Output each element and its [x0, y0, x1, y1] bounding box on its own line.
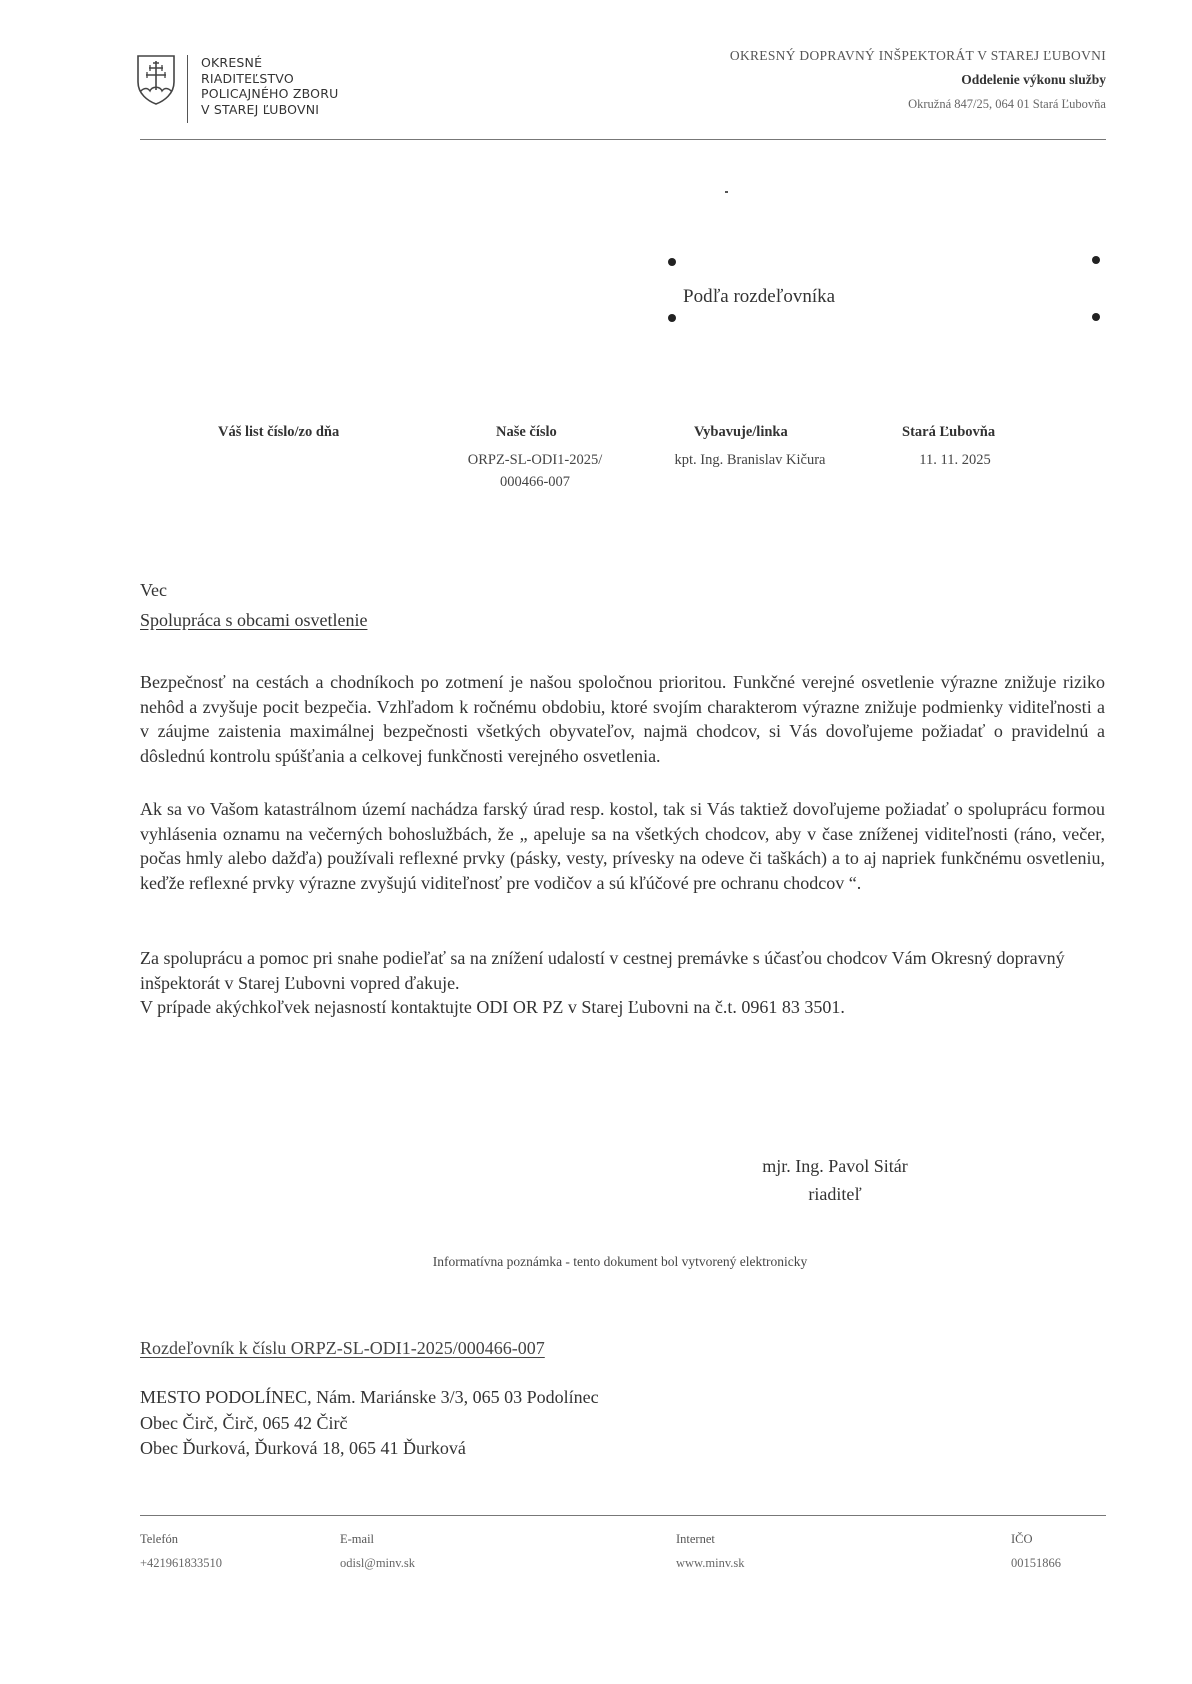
subject-text: Spolupráca s obcami osvetlenie [140, 610, 367, 631]
footer-phone: Telefón +421961833510 [140, 1527, 222, 1575]
body-paragraph: Za spoluprácu a pomoc pri snahe podieľať… [140, 946, 1105, 1020]
header-divider [187, 55, 188, 123]
date-value: 11. 11. 2025 [875, 449, 1035, 471]
department-unit: Oddelenie výkonu služby [730, 68, 1106, 92]
place-label: Stará Ľubovňa [902, 424, 995, 441]
window-corner-mark [1092, 256, 1100, 264]
window-corner-mark [668, 258, 676, 266]
recipient: Podľa rozdeľovníka [683, 286, 835, 308]
header-rule [140, 139, 1106, 140]
window-corner-mark [1092, 313, 1100, 321]
signatory-title: riaditeľ [720, 1180, 950, 1208]
distribution-list: MESTO PODOLÍNEC, Nám. Mariánske 3/3, 065… [140, 1385, 599, 1462]
list-item: MESTO PODOLÍNEC, Nám. Mariánske 3/3, 065… [140, 1385, 599, 1411]
distribution-title: Rozdeľovník k číslu ORPZ-SL-ODI1-2025/00… [140, 1338, 545, 1359]
your-letter-label: Váš list číslo/zo dňa [218, 424, 339, 441]
list-item: Obec Čirč, Čirč, 065 42 Čirč [140, 1411, 599, 1437]
department-block: OKRESNÝ DOPRAVNÝ INŠPEKTORÁT V STAREJ ĽU… [730, 44, 1106, 116]
window-corner-mark [668, 314, 676, 322]
department-title: OKRESNÝ DOPRAVNÝ INŠPEKTORÁT V STAREJ ĽU… [730, 44, 1106, 68]
list-item: Obec Ďurková, Ďurková 18, 065 41 Ďurková [140, 1436, 599, 1462]
footer-email: E-mail odisl@minv.sk [340, 1527, 415, 1575]
signature-block: mjr. Ing. Pavol Sitár riaditeľ [720, 1152, 950, 1208]
slovak-coat-of-arms-icon [136, 54, 176, 106]
footer-ico: IČO 00151866 [1011, 1527, 1061, 1575]
scan-mark [725, 191, 728, 193]
handled-by-value: kpt. Ing. Branislav Kičura [660, 449, 840, 471]
subject-label: Vec [140, 580, 167, 601]
email-link[interactable]: odisl@minv.sk [340, 1551, 415, 1575]
our-number-value: ORPZ-SL-ODI1-2025/ 000466-007 [450, 449, 620, 493]
organization-name: OKRESNÉ RIADITEĽSTVO POLICAJNÉHO ZBORU V… [201, 55, 338, 117]
our-number-label: Naše číslo [496, 424, 557, 441]
footer-rule [140, 1515, 1106, 1516]
website-link[interactable]: www.minv.sk [676, 1551, 745, 1575]
handled-by-label: Vybavuje/linka [694, 424, 788, 441]
department-address: Okružná 847/25, 064 01 Stará Ľubovňa [730, 92, 1106, 116]
footer-internet: Internet www.minv.sk [676, 1527, 745, 1575]
body-paragraph: Ak sa vo Vašom katastrálnom území nachád… [140, 797, 1105, 895]
body-paragraph: Bezpečnosť na cestách a chodníkoch po zo… [140, 670, 1105, 768]
electronic-note: Informatívna poznámka - tento dokument b… [0, 1254, 1192, 1270]
signatory-name: mjr. Ing. Pavol Sitár [720, 1152, 950, 1180]
